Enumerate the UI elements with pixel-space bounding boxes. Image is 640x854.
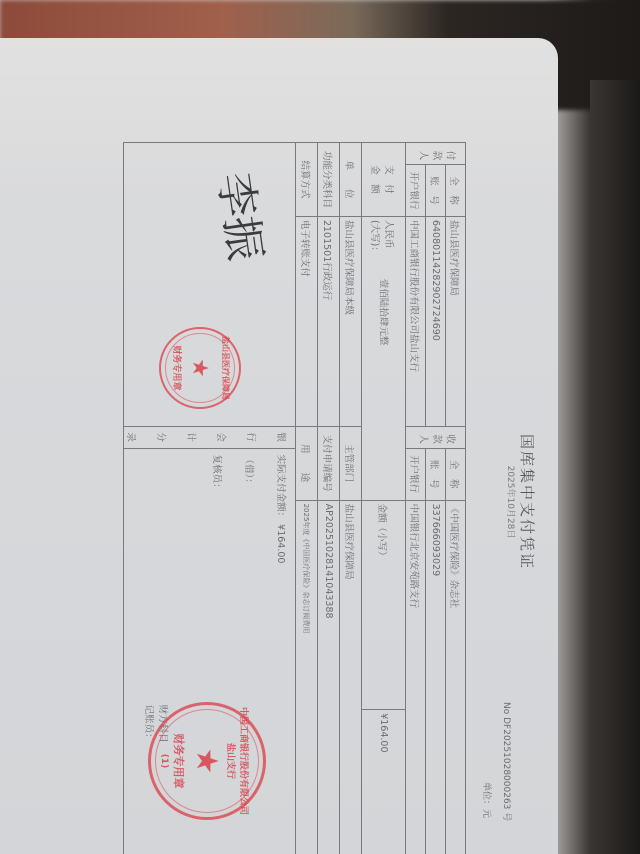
handwritten-signature: 李振	[206, 168, 282, 264]
amount-small-label: 金额（小写）	[362, 500, 406, 710]
payee-account: 337666093029	[426, 500, 446, 854]
payer-account: 64080114282902724690	[426, 216, 446, 426]
purpose-label: 用 途	[296, 426, 318, 500]
dept-value: 盐山县医疗保障局	[340, 500, 362, 854]
amount-in-words: 人民币 (大写)： 壹佰陆拾肆元整	[362, 216, 406, 500]
settlement-value: 电子转账支付	[296, 216, 318, 426]
currency-unit: 单位：元	[481, 782, 494, 818]
amount-label: 支 付 金 额	[362, 143, 406, 217]
agency-stamp-text: 盐山县医疗保障局	[220, 329, 231, 407]
unit-value: 盐山县医疗保障局本级	[340, 216, 362, 426]
currency-label: 人民币	[384, 220, 398, 256]
payer-section-label: 付款人	[406, 143, 466, 165]
amount-label-line2: 金 额	[370, 146, 384, 213]
apply-no-label: 支付申请编号	[318, 426, 340, 500]
payer-name-label: 全 称	[446, 164, 466, 216]
payment-voucher: 国库集中支付凭证 2025年10月28日 No DF20251028000263…	[136, 142, 466, 854]
voucher-date: 2025年10月28日	[505, 432, 518, 572]
bank-stamp-text: 中国工商银行股份有限公司盐山支行	[225, 705, 251, 817]
amount-small-label-text: 金额（小写）	[377, 504, 391, 707]
amount-small-value: ¥164.00	[362, 710, 406, 854]
unit-label: 单 位	[340, 143, 362, 217]
bank-label-char: 计	[185, 430, 199, 445]
background-device-edge	[590, 80, 640, 854]
amount-words-value: 壹佰陆拾肆元整	[378, 279, 389, 346]
payee-bank-label: 开户银行	[406, 448, 426, 500]
bank-accounting-labels: 银 行 会 计 分 录	[124, 426, 296, 448]
payer-bank-label: 开户银行	[406, 164, 426, 216]
bank-label-char: 会	[215, 430, 229, 445]
agency-stamp-sub: 财务专用章	[171, 329, 184, 407]
settlement-label: 结算方式	[296, 143, 318, 217]
voucher-number: No DF20251028000263 号	[501, 702, 514, 821]
voucher-rotated-container: 国库集中支付凭证 2025年10月28日 No DF20251028000263…	[136, 142, 466, 854]
voucher-title: 国库集中支付凭证	[517, 392, 538, 612]
bank-stamp-code: (1)	[159, 705, 169, 817]
payer-name: 盐山县医疗保障局	[446, 216, 466, 426]
amount-label-line1: 支 付	[384, 146, 398, 213]
payee-name: 《中国医疗保险》杂志社	[446, 500, 466, 854]
payee-section-label: 收款人	[406, 426, 466, 448]
actual-amount: 实际支付金额： ¥164.00	[275, 455, 289, 853]
currency-sub-label: (大写)：	[370, 220, 384, 256]
payee-name-label: 全 称	[446, 448, 466, 500]
payer-account-label: 账 号	[426, 164, 446, 216]
function-value: 2101501行政运行	[318, 216, 340, 426]
actual-amount-label: 实际支付金额：	[275, 455, 286, 522]
payer-bank: 中国工商银行股份有限公司盐山支行	[406, 216, 426, 426]
function-label: 功能分类科目	[318, 143, 340, 217]
bank-label-char: 录	[125, 430, 139, 445]
voucher-number-label: No	[501, 702, 511, 714]
purpose-value: 2025年度《中国医疗保险》杂志订阅费用	[296, 500, 318, 854]
voucher-number-suffix: 号	[501, 812, 511, 821]
bank-label-char: 行	[245, 430, 259, 445]
voucher-number-value: DF20251028000263	[501, 717, 511, 809]
bank-stamp-sub: 财务专用章	[171, 705, 187, 817]
payee-account-label: 账 号	[426, 448, 446, 500]
dept-label: 主管部门	[340, 426, 362, 500]
apply-no-value: AP20251028141043388	[318, 500, 340, 854]
paper-sheet: 国库集中支付凭证 2025年10月28日 No DF20251028000263…	[0, 38, 558, 854]
bank-label-char: 银	[275, 430, 289, 445]
bank-label-char: 分	[155, 430, 169, 445]
bank-stamp: 中国工商银行股份有限公司盐山支行 ★ 财务专用章 (1)	[148, 702, 266, 820]
payee-bank: 中国银行北京安苑路支行	[406, 500, 426, 854]
agency-stamp: 盐山县医疗保障局 ★ 财务专用章	[159, 327, 241, 409]
actual-amount-value: ¥164.00	[275, 524, 286, 563]
